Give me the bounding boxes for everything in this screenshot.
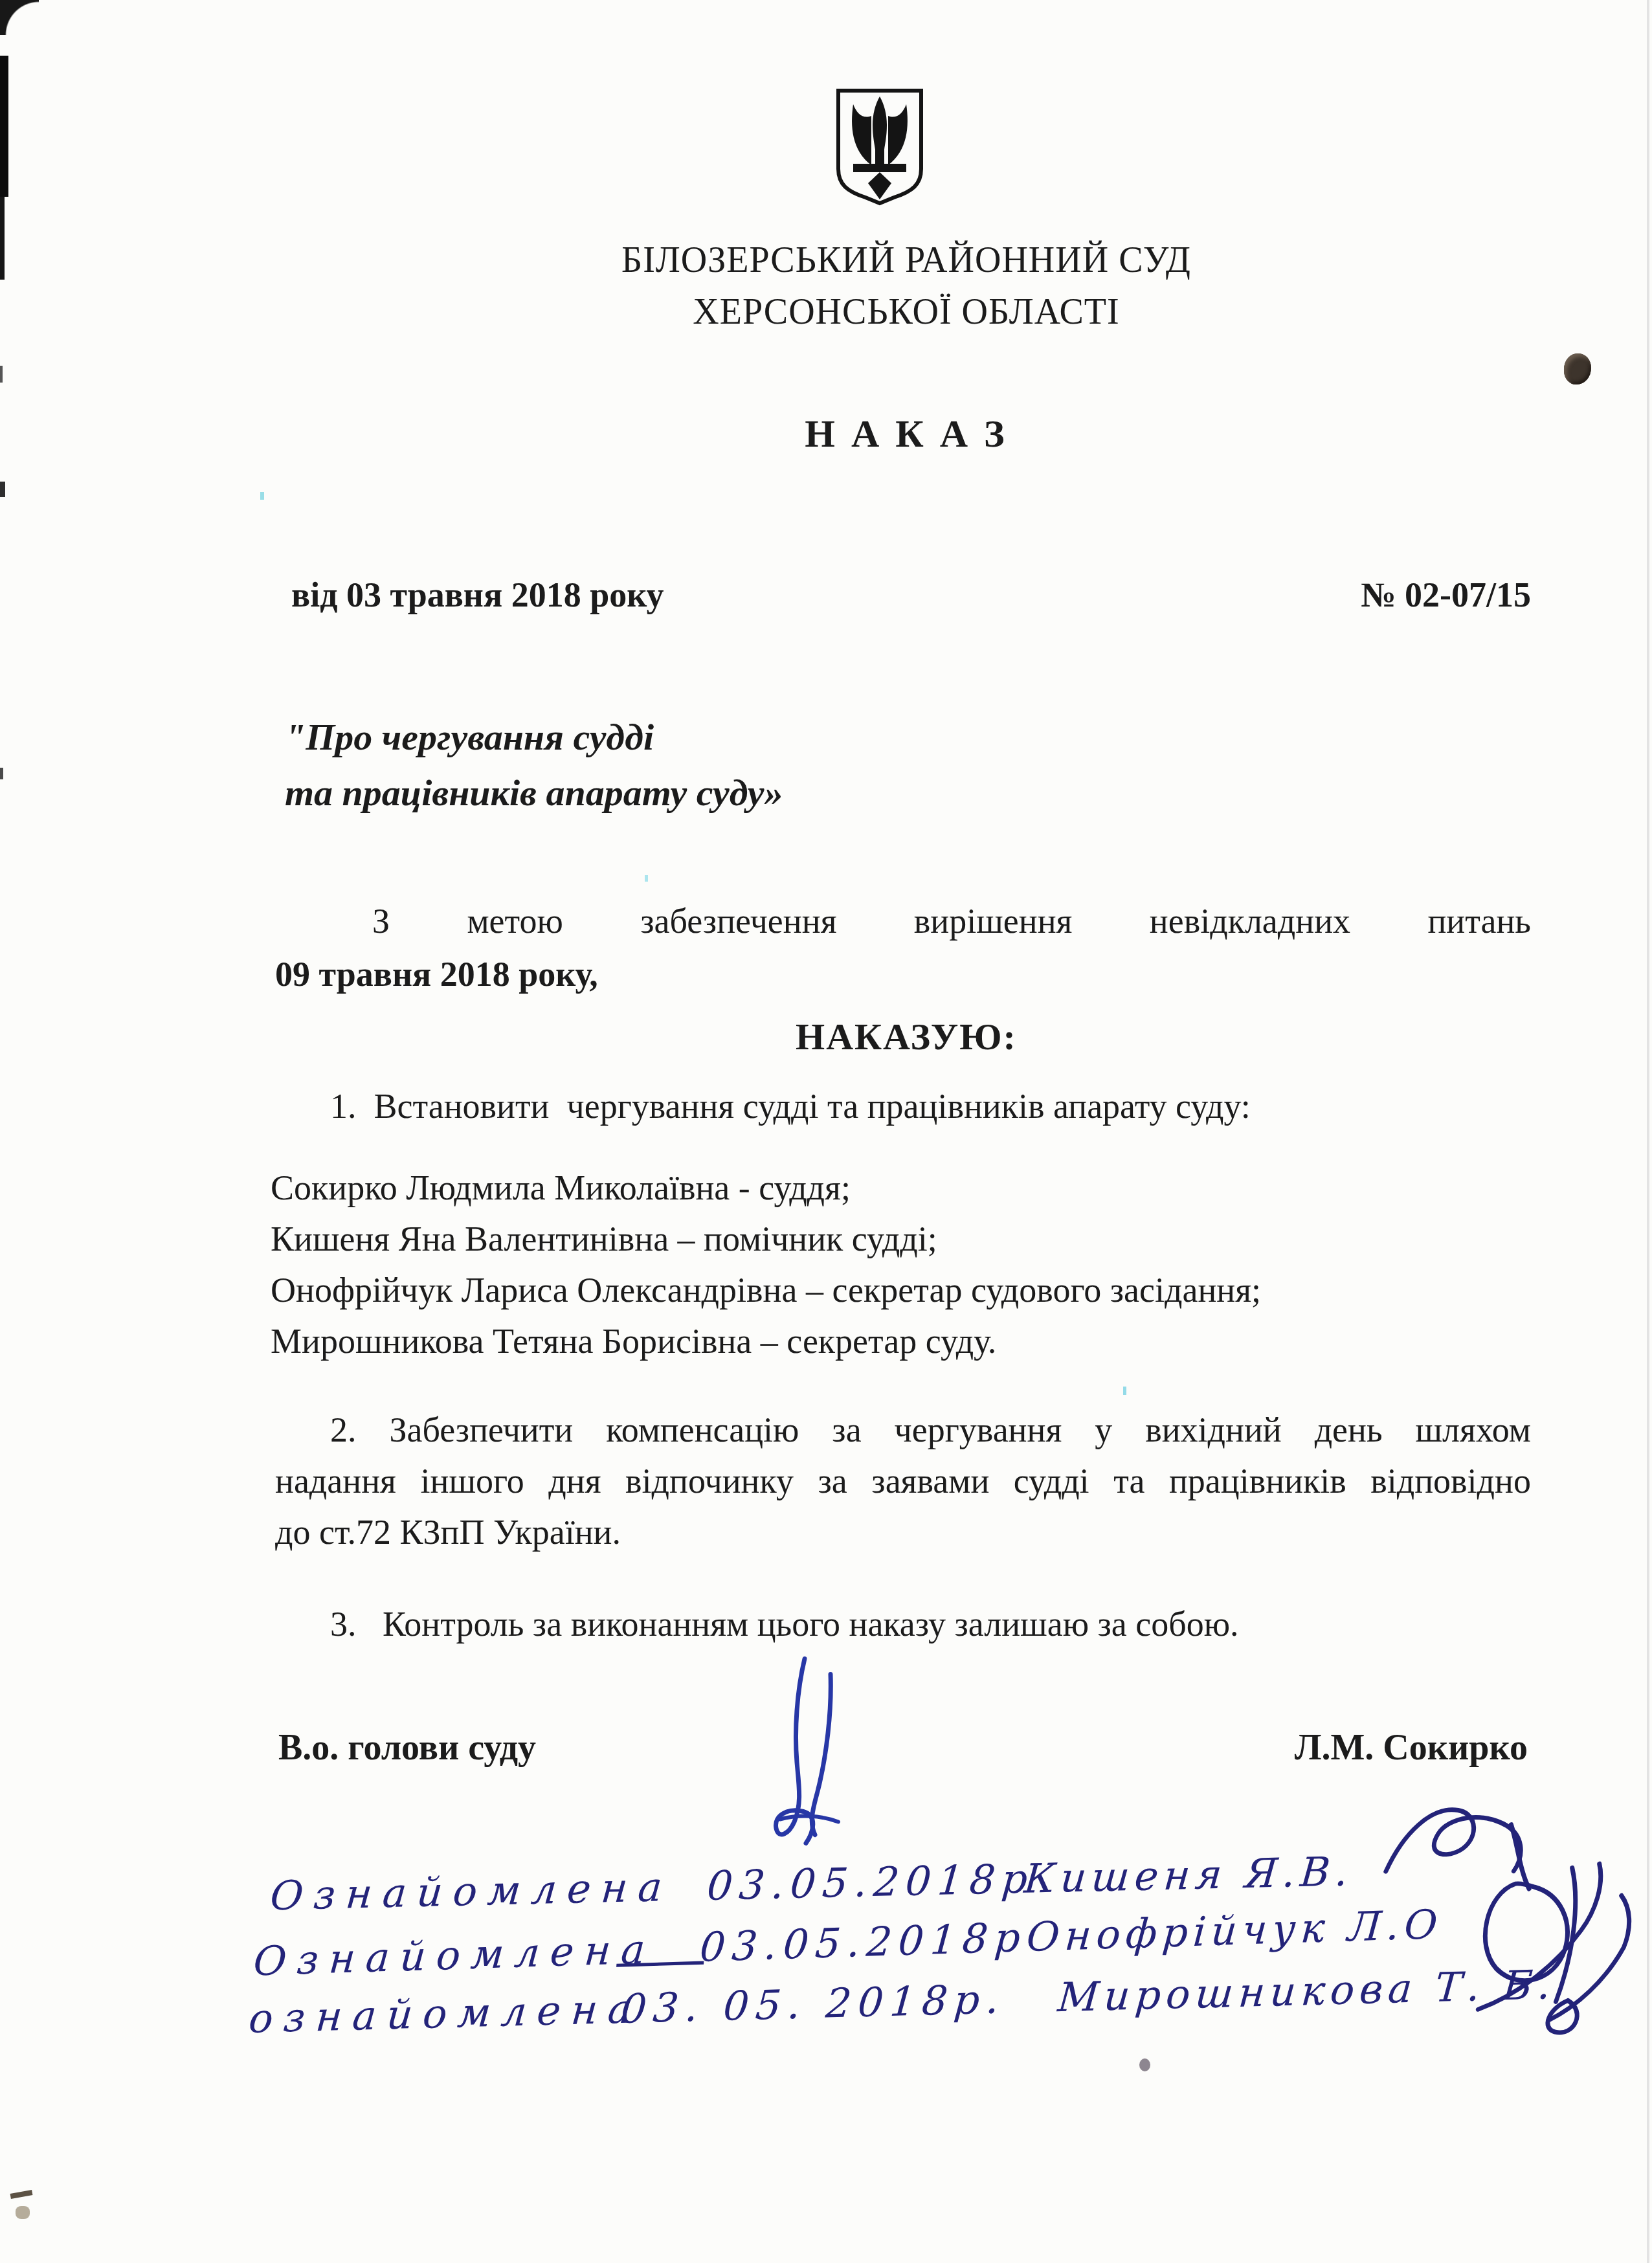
scan-artifact-gray-dot: [1139, 2058, 1150, 2071]
subject-line2: та працівників апарату суду»: [285, 765, 783, 821]
order-item-3: 3. Контроль за виконанням цього наказу з…: [275, 1604, 1531, 1644]
order-keyword: НАКАЗУЮ:: [272, 1015, 1541, 1058]
ack-word: Ознайомлена: [269, 1863, 675, 1919]
ack-date: 03. 05. 2018р.: [619, 1975, 1007, 2033]
order-subject: "Про чергування судді та працівників апа…: [285, 709, 783, 821]
scan-artifact-right-edge: [1647, 0, 1649, 2263]
signer-position: В.о. голови суду: [278, 1727, 536, 1768]
ack-word: ознайомлена: [247, 1985, 644, 2042]
scanned-court-order-page: БІЛОЗЕРСЬКИЙ РАЙОННИЙ СУД ХЕРСОНСЬКОЇ ОБ…: [0, 0, 1652, 2263]
duty-list-row: Кишеня Яна Валентинівна – помічник судді…: [271, 1214, 1533, 1265]
intro-paragraph-line2: 09 травня 2018 року,: [275, 954, 598, 994]
scan-artifact-left-band: [0, 197, 5, 280]
duty-list-row: Мирошникова Тетяна Борисівна – секретар …: [271, 1316, 1533, 1367]
scan-artifact-corner: [0, 0, 39, 35]
duty-list-row: Онофрійчук Лариса Олександрівна – секрет…: [271, 1265, 1533, 1316]
scan-artifact-cyan-speck: [645, 875, 648, 882]
intro-paragraph-line1: З метою забезпечення вирішення невідклад…: [275, 901, 1531, 941]
judge-signature-ink: [754, 1651, 871, 1848]
scan-artifact-left-mark: [0, 768, 3, 779]
order-date: від 03 травня 2018 року: [291, 575, 664, 615]
ack-name: Кишеня Я.В.: [1022, 1847, 1355, 1902]
scan-artifact-cyan-speck: [1123, 1387, 1126, 1395]
ack-date: 03.05.2018р: [706, 1855, 1036, 1910]
scan-artifact-left-band: [0, 56, 8, 197]
ack-date: 03.05.2018р: [698, 1913, 1029, 1971]
ukraine-trident-icon: [834, 86, 926, 208]
court-name-line1: БІЛОЗЕРСЬКИЙ РАЙОННИЙ СУД: [272, 240, 1541, 281]
scan-artifact-ink-blob: [1564, 353, 1591, 385]
order-item-2-line3: до ст.72 КЗпП України.: [275, 1507, 1531, 1558]
scan-artifact-left-mark: [0, 482, 5, 497]
signature-row: В.о. голови суду Л.М. Сокирко: [278, 1727, 1528, 1768]
meta-row: від 03 травня 2018 року № 02-07/15: [291, 575, 1531, 615]
order-item-2-line1: 2. Забезпечити компенсацію за чергування…: [275, 1405, 1531, 1456]
order-item-2-line2: надання іншого дня відпочинку за заявами…: [275, 1456, 1531, 1507]
order-item-2: 2. Забезпечити компенсацію за чергування…: [275, 1405, 1531, 1558]
scan-artifact-left-mark: [0, 366, 3, 383]
ack-signature-ink: [1470, 1848, 1647, 2047]
signer-name: Л.М. Сокирко: [1295, 1727, 1528, 1768]
duty-list: Сокирко Людмила Миколаївна - суддя; Кише…: [271, 1163, 1533, 1367]
scan-artifact-dash: [10, 2190, 33, 2199]
scan-artifact-cyan-speck: [260, 492, 264, 500]
scan-artifact-speck: [16, 2206, 30, 2219]
subject-line1: "Про чергування судді: [285, 709, 783, 765]
document-type-title: Н А К А З: [272, 412, 1541, 456]
order-number: № 02-07/15: [1361, 575, 1531, 615]
court-name-line2: ХЕРСОНСЬКОЇ ОБЛАСТІ: [272, 291, 1541, 333]
duty-list-row: Сокирко Людмила Миколаївна - суддя;: [271, 1163, 1533, 1214]
order-item-1: 1. Встановити чергування судді та праців…: [275, 1086, 1531, 1126]
